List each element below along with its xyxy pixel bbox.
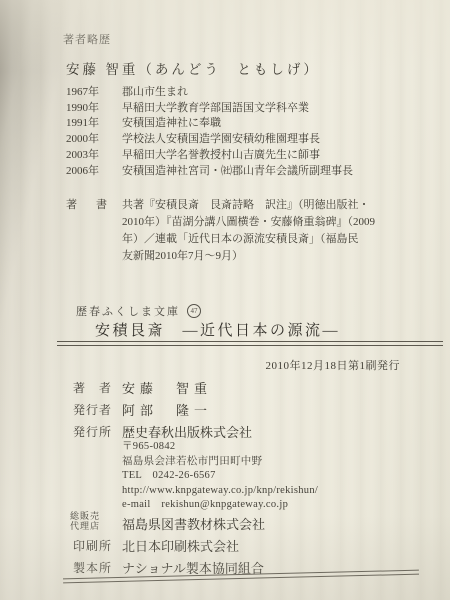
author-bio-heading: 著者略歴 xyxy=(63,31,111,47)
issuer-row-label: 発行者 xyxy=(73,401,112,418)
publisher-row-label: 発行所 xyxy=(73,423,112,440)
bio-timeline-row: 1967年 郡山市生まれ xyxy=(66,85,353,101)
bio-timeline-row: 2006年 安積国造神社宮司・㈳郡山青年会議所副理事長 xyxy=(66,164,353,180)
publisher-address-block: 〒965-0842 福島県会津若松市門田町中野 TEL 0242-26-6567… xyxy=(122,440,318,513)
binder-row-label: 製本所 xyxy=(73,559,112,576)
phone-line: TEL 0242-26-6567 xyxy=(122,469,318,484)
distributor-label-line1: 総販売 xyxy=(70,511,100,521)
series-number-badge: 47 xyxy=(187,304,201,318)
bio-timeline-row: 2003年 早稲田大学名誉教授村山吉廣先生に師事 xyxy=(66,148,353,164)
works-label: 著 書 xyxy=(66,197,112,265)
distributor-row-label: 総販売 代理店 xyxy=(70,511,100,531)
book-title: 安積艮斎 ―近代日本の源流― xyxy=(95,319,340,340)
author-row-label: 著 者 xyxy=(73,379,112,396)
author-works-section: 著 書 共著『安積艮斎 艮斎詩略 訳注』（明徳出版社・ 2010年）『苗湖分講八… xyxy=(66,197,375,265)
title-divider xyxy=(57,341,443,346)
author-bio-timeline: 1967年 郡山市生まれ 1990年 早稲田大学教育学部国語国文学科卒業 199… xyxy=(66,85,353,179)
publisher-row-value: 歴史春秋出版株式会社 xyxy=(122,422,252,441)
bio-event: 郡山市生まれ xyxy=(122,85,188,101)
author-row-value: 安藤 智重 xyxy=(122,378,212,397)
postal-code: 〒965-0842 xyxy=(122,440,318,455)
book-colophon-page-photo: 著者略歴 安藤 智重（あんどう ともしげ） 1967年 郡山市生まれ 1990年… xyxy=(0,0,450,600)
bio-year: 2006年 xyxy=(66,164,110,180)
bio-event: 早稲田大学名誉教授村山吉廣先生に師事 xyxy=(122,148,320,164)
printer-row-value: 北日本印刷株式会社 xyxy=(122,536,239,555)
distributor-label-line2: 代理店 xyxy=(70,521,100,531)
bio-timeline-row: 1990年 早稲田大学教育学部国語国文学科卒業 xyxy=(66,101,353,117)
email-line: e-mail rekishun@knpgateway.co.jp xyxy=(122,498,318,513)
issuer-row-value: 阿部 隆一 xyxy=(122,400,212,419)
bio-event: 安積国造神社に奉職 xyxy=(122,116,221,132)
bio-timeline-row: 2000年 学校法人安積国造学園安積幼稚園理事長 xyxy=(66,132,353,148)
bio-year: 2000年 xyxy=(66,132,110,148)
works-lines: 共著『安積艮斎 艮斎詩略 訳注』（明徳出版社・ 2010年）『苗湖分講八圖横巻・… xyxy=(122,197,375,265)
bio-timeline-row: 1991年 安積国造神社に奉職 xyxy=(66,116,353,132)
url-line: http://www.knpgateway.co.jp/knp/rekishun… xyxy=(122,484,318,499)
distributor-row-value: 福島県図書教材株式会社 xyxy=(122,514,265,533)
works-line: 友新聞2010年7月～9月） xyxy=(122,248,375,265)
bio-year: 1991年 xyxy=(66,116,110,132)
bio-event: 早稲田大学教育学部国語国文学科卒業 xyxy=(122,101,309,117)
bio-event: 学校法人安積国造学園安積幼稚園理事長 xyxy=(122,132,320,148)
bio-year: 1967年 xyxy=(66,85,110,101)
bio-year: 1990年 xyxy=(66,101,110,117)
address-line: 福島県会津若松市門田町中野 xyxy=(122,455,318,470)
works-line: 共著『安積艮斎 艮斎詩略 訳注』（明徳出版社・ xyxy=(122,197,375,214)
printer-row-label: 印刷所 xyxy=(73,537,112,554)
bio-year: 2003年 xyxy=(66,148,110,164)
series-label: 歴春ふくしま文庫 47 xyxy=(76,303,201,319)
author-name: 安藤 智重（あんどう ともしげ） xyxy=(66,58,320,78)
bio-event: 安積国造神社宮司・㈳郡山青年会議所副理事長 xyxy=(122,164,353,180)
series-name: 歴春ふくしま文庫 xyxy=(76,303,180,319)
works-line: 年）／連載「近代日本の源流安積艮斎」（福島民 xyxy=(122,231,375,248)
works-line: 2010年）『苗湖分講八圖横巻・安藤脩重翁碑』（2009 xyxy=(122,214,375,231)
edition-date: 2010年12月18日第1刷発行 xyxy=(266,357,401,373)
